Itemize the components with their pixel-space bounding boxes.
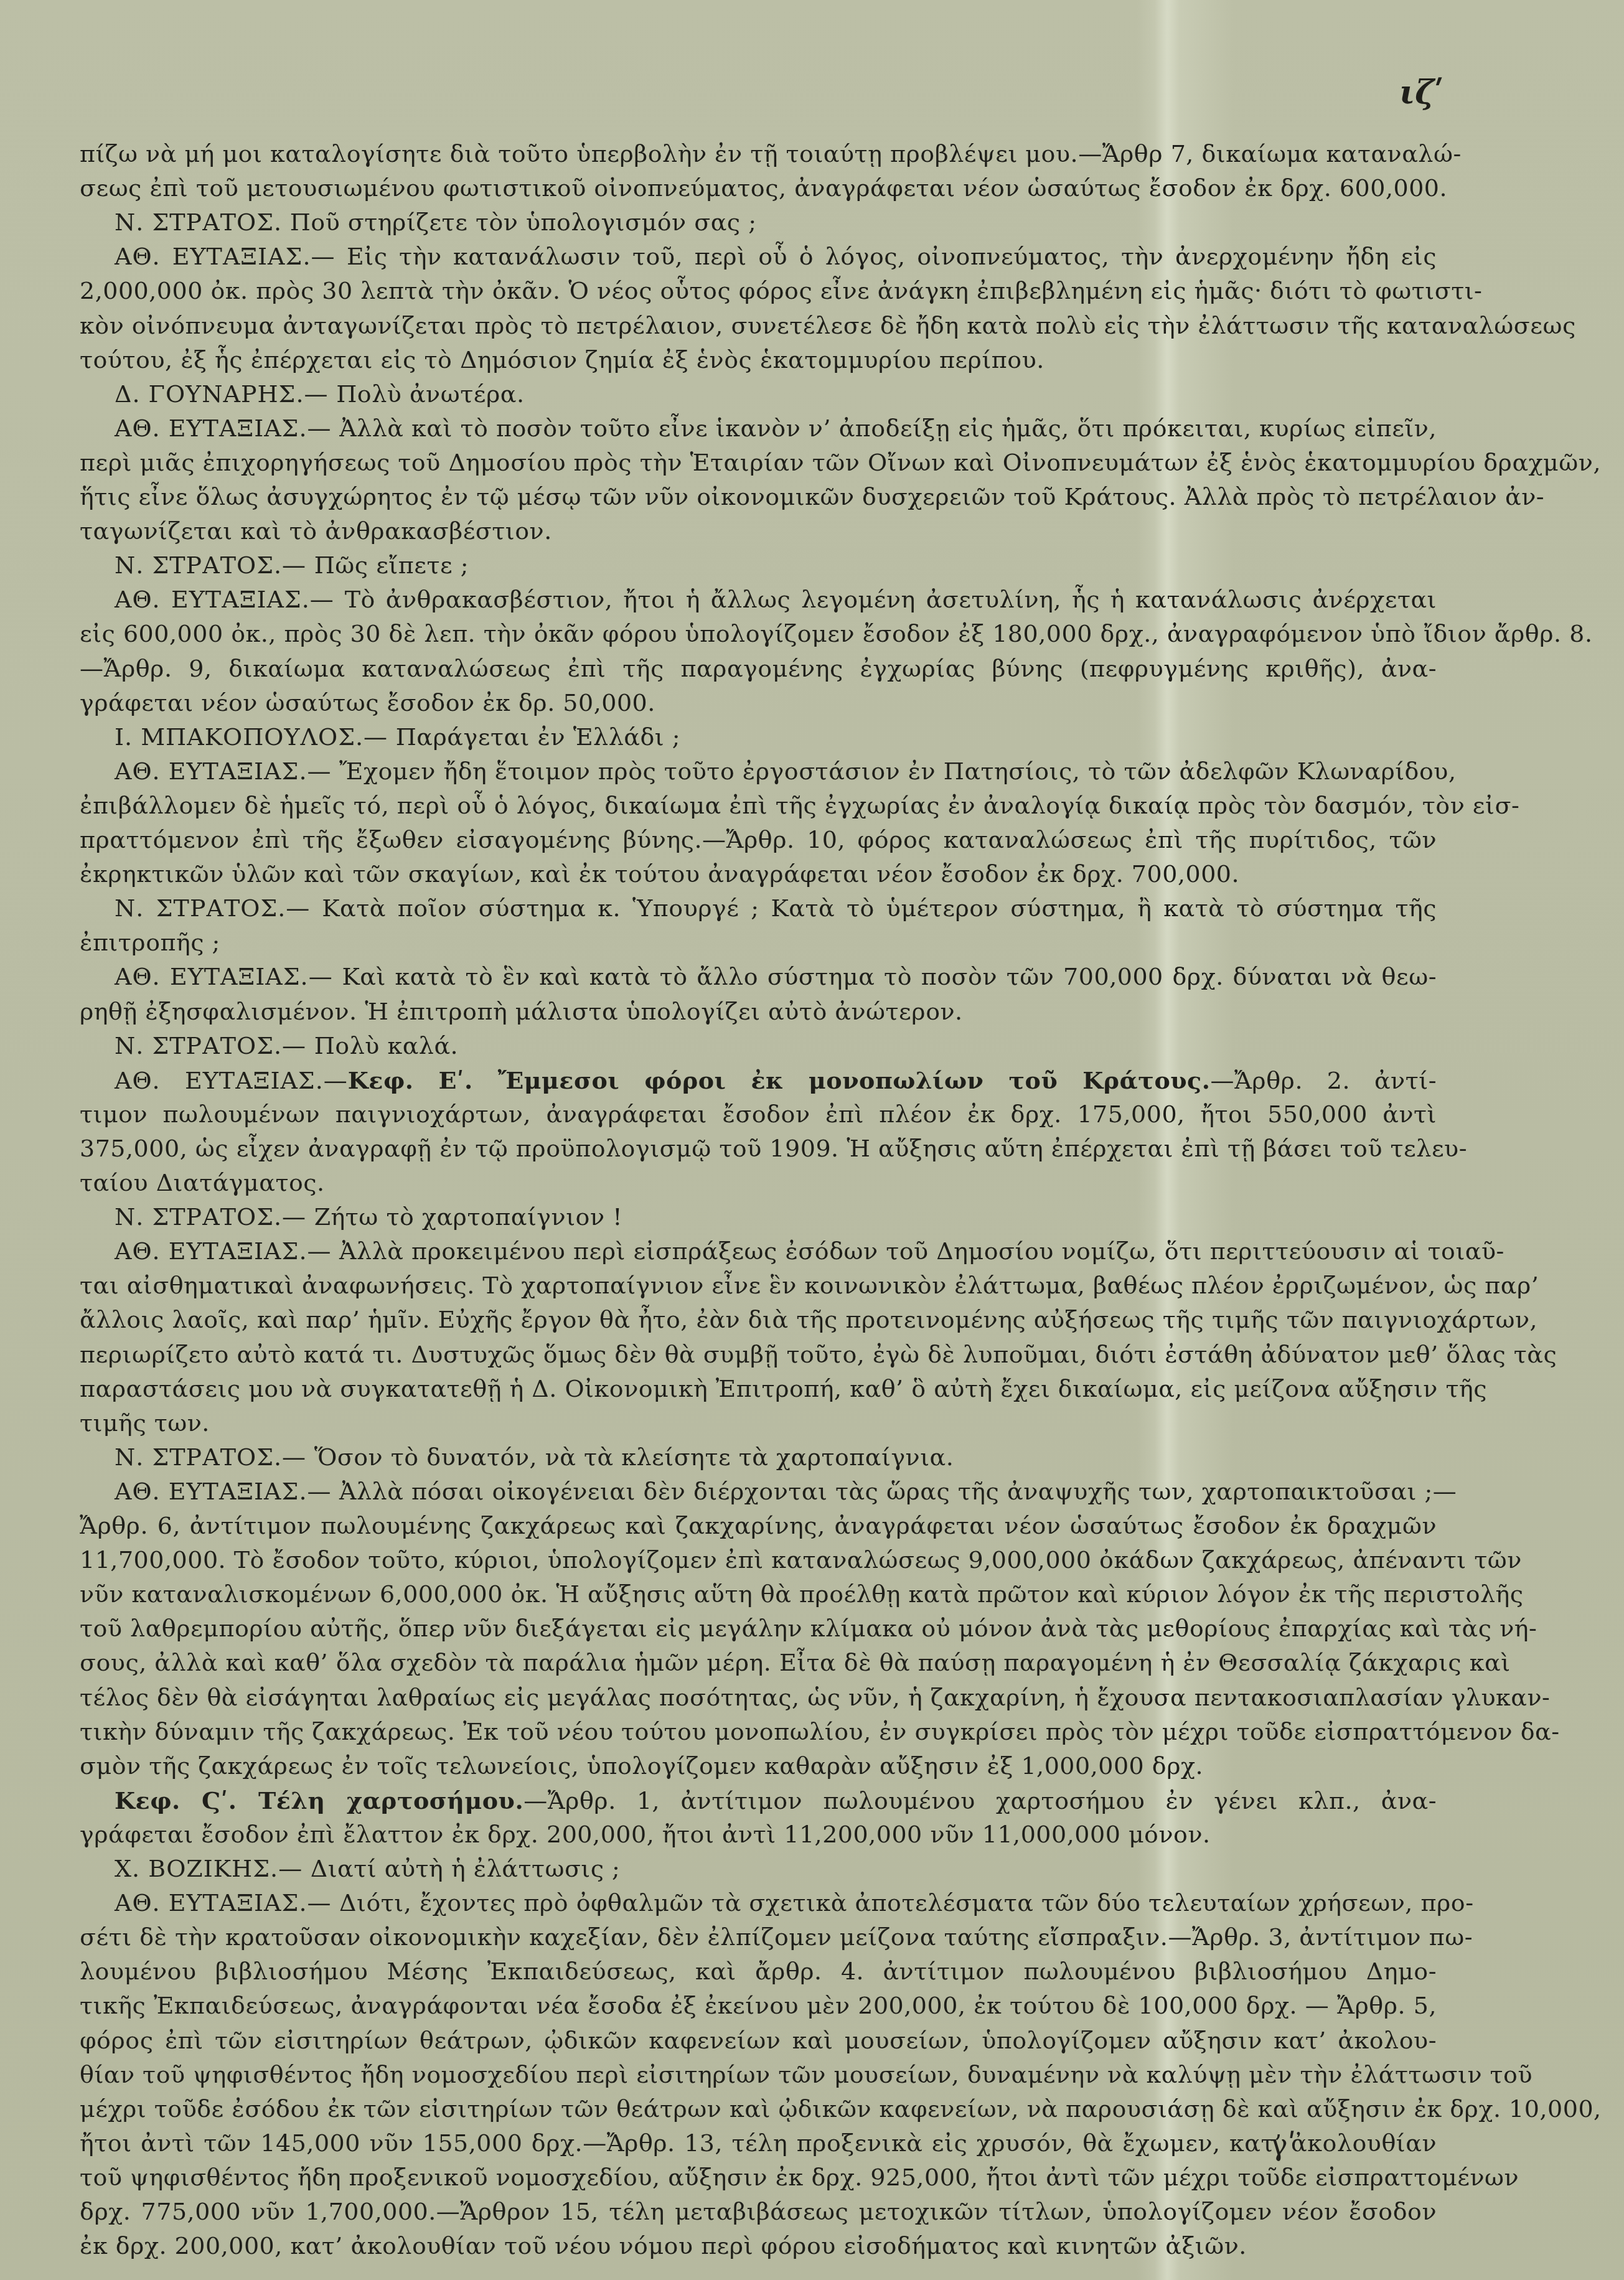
text-line: τιμῆς των. xyxy=(80,1406,1437,1440)
line-text: νῦν καταναλισκομένων 6,000,000 ὀκ. Ἡ αὔξ… xyxy=(80,1580,1524,1608)
text-line: σέτι δὲ τὴν κρατοῦσαν οἰκονομικὴν καχεξί… xyxy=(80,1920,1437,1954)
section-heading-line: Κεφ. Ϛʹ. Τέλη χαρτοσήμου.—Ἄρθρ. 1, ἀντίτ… xyxy=(80,1783,1437,1818)
text-line: 11,700,000. Τὸ ἔσοδον τοῦτο, κύριοι, ὑπο… xyxy=(80,1543,1437,1577)
speaker-line: Ν. ΣΤΡΑΤΟΣ. Ποῦ στηρίζετε τὸν ὑπολογισμό… xyxy=(80,205,1437,240)
line-text: θίαν τοῦ ψηφισθέντος ἤδη νομοσχεδίου περ… xyxy=(80,2061,1532,2088)
speaker-name: ΑΘ. ΕΥΤΑΞΙΑΣ.— xyxy=(115,243,336,270)
line-text: 375,000, ὡς εἶχεν ἀναγραφῇ ἐν τῷ προϋπολ… xyxy=(80,1135,1467,1162)
speaker-line: Ν. ΣΤΡΑΤΟΣ.— Πολὺ καλά. xyxy=(80,1029,1437,1063)
line-text: σέτι δὲ τὴν κρατοῦσαν οἰκονομικὴν καχεξί… xyxy=(80,1923,1473,1951)
text-line: ἐκρηκτικῶν ὑλῶν καὶ τῶν σκαγίων, καὶ ἐκ … xyxy=(80,857,1437,891)
speaker-name: Ν. ΣΤΡΑΤΟΣ. xyxy=(115,209,282,236)
speaker-line: ΑΘ. ΕΥΤΑΞΙΑΣ.— Διότι, ἔχοντες πρὸ ὀφθαλμ… xyxy=(80,1886,1437,1920)
speaker-name: Ν. ΣΤΡΑΤΟΣ.— xyxy=(115,551,306,579)
line-text: τοῦ ψηφισθέντος ἤδη προξενικοῦ νομοσχεδί… xyxy=(80,2164,1519,2191)
text-line: θίαν τοῦ ψηφισθέντος ἤδη νομοσχεδίου περ… xyxy=(80,2058,1437,2092)
text-line: ρηθῇ ἐξησφαλισμένον. Ἡ ἐπιτροπὴ μάλιστα … xyxy=(80,995,1437,1029)
text-line: πραττόμενον ἐπὶ τῆς ἔξωθεν εἰσαγομένης β… xyxy=(80,823,1437,857)
text-line: ἥτις εἶνε ὅλως ἀσυγχώρητος ἐν τῷ μέσῳ τῶ… xyxy=(80,480,1437,514)
line-text: Παράγεται ἐν Ἑλλάδι ; xyxy=(388,723,680,751)
text-line: πίζω νὰ μή μοι καταλογίσητε διὰ τοῦτο ὑπ… xyxy=(80,137,1437,171)
section-heading: Κεφ. Εʹ. Ἔμμεσοι φόροι ἐκ μονοπωλίων τοῦ… xyxy=(348,1066,1211,1094)
speaker-name: ΑΘ. ΕΥΤΑΞΙΑΣ.— xyxy=(115,758,332,785)
line-text: τοῦ λαθρεμπορίου αὐτῆς, ὅπερ νῦν διεξάγε… xyxy=(80,1615,1537,1642)
line-text: Κατὰ ποῖον σύστημα κ. Ὑπουργέ ; Κατὰ τὸ … xyxy=(310,894,1437,922)
text-line: λουμένου βιβλιοσήμου Μέσης Ἐκπαιδεύσεως,… xyxy=(80,1954,1437,1989)
text-line: ταίου Διατάγματος. xyxy=(80,1166,1437,1200)
text-line: σμὸν τῆς ζακχάρεως ἐν τοῖς τελωνείοις, ὑ… xyxy=(80,1749,1437,1783)
text-line: ἄλλοις λαοῖς, καὶ παρ’ ἡμῖν. Εὐχῆς ἔργον… xyxy=(80,1303,1437,1337)
text-line: ἐκ δρχ. 200,000, κατ’ ἀκολουθίαν τοῦ νέο… xyxy=(80,2229,1437,2263)
line-text: ἥτις εἶνε ὅλως ἀσυγχώρητος ἐν τῷ μέσῳ τῶ… xyxy=(80,483,1544,510)
line-text: 11,700,000. Τὸ ἔσοδον τοῦτο, κύριοι, ὑπο… xyxy=(80,1546,1522,1574)
line-text: Διατί αὐτὴ ἡ ἐλάττωσις ; xyxy=(303,1855,620,1882)
line-text: λουμένου βιβλιοσήμου Μέσης Ἐκπαιδεύσεως,… xyxy=(80,1958,1437,1985)
text-line: ἐπιτροπῆς ; xyxy=(80,926,1437,960)
text-line: σεως ἐπὶ τοῦ μετουσιωμένου φωτιστικοῦ οἰ… xyxy=(80,171,1437,205)
line-text: τέλος δὲν θὰ εἰσάγηται λαθραίως εἰς μεγά… xyxy=(80,1684,1550,1711)
line-text: τούτου, ἐξ ἧς ἐπέρχεται εἰς τὸ Δημόσιον … xyxy=(80,346,1044,373)
speaker-line: Ν. ΣΤΡΑΤΟΣ.— Κατὰ ποῖον σύστημα κ. Ὑπουρ… xyxy=(80,891,1437,926)
text-line: περιωρίζετο αὐτὸ κατά τι. Δυστυχῶς ὅμως … xyxy=(80,1338,1437,1372)
text-line: ται αἰσθηματικαὶ ἀναφωνήσεις. Τὸ χαρτοπα… xyxy=(80,1269,1437,1303)
text-line: τέλος δὲν θὰ εἰσάγηται λαθραίως εἰς μεγά… xyxy=(80,1681,1437,1715)
line-text: γράφεται ἔσοδον ἐπὶ ἔλαττον ἐκ δρχ. 200,… xyxy=(80,1821,1211,1848)
line-text: τιμον πωλουμένων παιγνιοχάρτων, ἀναγράφε… xyxy=(80,1100,1437,1128)
line-text: μέχρι τοῦδε ἐσόδου ἐκ τῶν εἰσιτηρίων τῶν… xyxy=(80,2095,1602,2123)
speaker-line: Χ. ΒΟΖΙΚΗΣ.— Διατί αὐτὴ ἡ ἐλάττωσις ; xyxy=(80,1852,1437,1886)
line-text: Εἰς τὴν κατανάλωσιν τοῦ, περὶ οὗ ὁ λόγος… xyxy=(336,243,1437,270)
page-number: ιζʹ xyxy=(1399,73,1444,111)
line-text: σεως ἐπὶ τοῦ μετουσιωμένου φωτιστικοῦ οἰ… xyxy=(80,174,1447,202)
text-line: γράφεται νέον ὡσαύτως ἔσοδον ἐκ δρ. 50,0… xyxy=(80,686,1437,720)
speaker-line: ΑΘ. ΕΥΤΑΞΙΑΣ.— Τὸ ἀνθρακασβέστιον, ἤτοι … xyxy=(80,583,1437,617)
text-line: τούτου, ἐξ ἧς ἐπέρχεται εἰς τὸ Δημόσιον … xyxy=(80,343,1437,377)
text-line: ταγωνίζεται καὶ τὸ ἀνθρακασβέστιον. xyxy=(80,514,1437,548)
text-line: τοῦ λαθρεμπορίου αὐτῆς, ὅπερ νῦν διεξάγε… xyxy=(80,1611,1437,1646)
text-line: εἰς 600,000 ὀκ., πρὸς 30 δὲ λεπ. τὴν ὀκᾶ… xyxy=(80,617,1437,651)
line-text: Ἀλλὰ πόσαι οἰκογένειαι δὲν διέρχονται τὰ… xyxy=(332,1478,1457,1505)
speaker-line: ΑΘ. ΕΥΤΑΞΙΑΣ.— Ἀλλὰ προκειμένου περὶ εἰσ… xyxy=(80,1234,1437,1269)
speaker-name: Χ. ΒΟΖΙΚΗΣ.— xyxy=(115,1855,303,1882)
text-line: φόρος ἐπὶ τῶν εἰσιτηρίων θεάτρων, ᾠδικῶν… xyxy=(80,2024,1437,2058)
line-text: εἰς 600,000 ὀκ., πρὸς 30 δὲ λεπ. τὴν ὀκᾶ… xyxy=(80,620,1592,647)
text-line: γράφεται ἔσοδον ἐπὶ ἔλαττον ἐκ δρχ. 200,… xyxy=(80,1818,1437,1852)
text-line: περὶ μιᾶς ἐπιχορηγήσεως τοῦ Δημοσίου πρὸ… xyxy=(80,446,1437,480)
line-text: κὸν οἰνόπνευμα ἀνταγωνίζεται πρὸς τὸ πετ… xyxy=(80,312,1576,339)
speaker-line: ΑΘ. ΕΥΤΑΞΙΑΣ.— Ἔχομεν ἤδη ἕτοιμον πρὸς τ… xyxy=(80,754,1437,789)
speaker-name: ΑΘ. ΕΥΤΑΞΙΑΣ.— xyxy=(115,963,333,990)
line-text: —Ἄρθρ. 9, δικαίωμα καταναλώσεως ἐπὶ τῆς … xyxy=(80,655,1437,682)
line-text: σμὸν τῆς ζακχάρεως ἐν τοῖς τελωνείοις, ὑ… xyxy=(80,1752,1203,1780)
line-text: παραστάσεις μου νὰ συγκατατεθῇ ἡ Δ. Οἰκο… xyxy=(80,1375,1487,1402)
section-heading: Κεφ. Ϛʹ. Τέλη χαρτοσήμου. xyxy=(115,1786,523,1814)
line-text: Τὸ ἀνθρακασβέστιον, ἤτοι ἡ ἄλλως λεγομέν… xyxy=(334,586,1437,613)
line-text: Πολὺ καλά. xyxy=(306,1032,458,1059)
line-text: Καὶ κατὰ τὸ ἓν καὶ κατὰ τὸ ἄλλο σύστημα … xyxy=(333,963,1437,990)
line-text: Ἀλλὰ καὶ τὸ ποσὸν τοῦτο εἶνε ἱκανὸν ν’ ἀ… xyxy=(332,415,1437,442)
speaker-name: ΑΘ. ΕΥΤΑΞΙΑΣ.— xyxy=(115,1067,348,1094)
line-text: Διότι, ἔχοντες πρὸ ὀφθαλμῶν τὰ σχετικὰ ἀ… xyxy=(332,1889,1474,1916)
text-line: σους, ἀλλὰ καὶ καθ’ ὅλα σχεδὸν τὰ παράλι… xyxy=(80,1646,1437,1680)
line-text: Πῶς εἴπετε ; xyxy=(306,551,469,579)
line-text: ἄλλοις λαοῖς, καὶ παρ’ ἡμῖν. Εὐχῆς ἔργον… xyxy=(80,1306,1537,1333)
line-text: πίζω νὰ μή μοι καταλογίσητε διὰ τοῦτο ὑπ… xyxy=(80,140,1462,167)
text-line: τοῦ ψηφισθέντος ἤδη προξενικοῦ νομοσχεδί… xyxy=(80,2160,1437,2195)
speaker-name: Ν. ΣΤΡΑΤΟΣ.— xyxy=(115,1203,306,1231)
speaker-name: Ν. ΣΤΡΑΤΟΣ.— xyxy=(115,894,310,922)
line-text: ἐκ δρχ. 200,000, κατ’ ἀκολουθίαν τοῦ νέο… xyxy=(80,2232,1247,2259)
line-text: Ἄρθρ. 6, ἀντίτιμον πωλουμένης ζακχάρεως … xyxy=(80,1512,1437,1539)
speaker-line: ΑΘ. ΕΥΤΑΞΙΑΣ.— Ἀλλὰ πόσαι οἰκογένειαι δὲ… xyxy=(80,1475,1437,1509)
text-line: κὸν οἰνόπνευμα ἀνταγωνίζεται πρὸς τὸ πετ… xyxy=(80,309,1437,343)
text-line: —Ἄρθρ. 9, δικαίωμα καταναλώσεως ἐπὶ τῆς … xyxy=(80,652,1437,686)
speaker-line: Ν. ΣΤΡΑΤΟΣ.— Ζήτω τὸ χαρτοπαίγνιον ! xyxy=(80,1200,1437,1234)
line-text: Πολὺ ἀνωτέρα. xyxy=(329,380,525,408)
line-text: σους, ἀλλὰ καὶ καθ’ ὅλα σχεδὸν τὰ παράλι… xyxy=(80,1649,1511,1676)
text-line: τιμον πωλουμένων παιγνιοχάρτων, ἀναγράφε… xyxy=(80,1097,1437,1132)
line-text: πραττόμενον ἐπὶ τῆς ἔξωθεν εἰσαγομένης β… xyxy=(80,826,1437,853)
line-text: περιωρίζετο αὐτὸ κατά τι. Δυστυχῶς ὅμως … xyxy=(80,1341,1557,1368)
speaker-name: Ν. ΣΤΡΑΤΟΣ.— xyxy=(115,1032,306,1059)
line-text: —Ἄρθρ. 2. ἀντί- xyxy=(1210,1067,1437,1094)
line-text: 2,000,000 ὀκ. πρὸς 30 λεπτὰ τὴν ὀκᾶν. Ὁ … xyxy=(80,277,1482,304)
text-line: παραστάσεις μου νὰ συγκατατεθῇ ἡ Δ. Οἰκο… xyxy=(80,1372,1437,1406)
text-line: Ἄρθρ. 6, ἀντίτιμον πωλουμένης ζακχάρεως … xyxy=(80,1509,1437,1543)
text-line: νῦν καταναλισκομένων 6,000,000 ὀκ. Ἡ αὔξ… xyxy=(80,1577,1437,1611)
speaker-line: ΑΘ. ΕΥΤΑΞΙΑΣ.— Καὶ κατὰ τὸ ἓν καὶ κατὰ τ… xyxy=(80,960,1437,994)
line-text: ἐκρηκτικῶν ὑλῶν καὶ τῶν σκαγίων, καὶ ἐκ … xyxy=(80,860,1239,888)
text-line: ἤτοι ἀντὶ τῶν 145,000 νῦν 155,000 δρχ.—Ἄ… xyxy=(80,2126,1437,2160)
speaker-name: ΑΘ. ΕΥΤΑΞΙΑΣ.— xyxy=(115,586,334,613)
speaker-name: ΑΘ. ΕΥΤΑΞΙΑΣ.— xyxy=(115,1237,332,1265)
line-text: Ἔχομεν ἤδη ἕτοιμον πρὸς τοῦτο ἐργοστάσιο… xyxy=(332,758,1457,785)
speaker-line: ΑΘ. ΕΥΤΑΞΙΑΣ.—Κεφ. Εʹ. Ἔμμεσοι φόροι ἐκ … xyxy=(80,1063,1437,1097)
line-text: ἐπιτροπῆς ; xyxy=(80,929,220,956)
speaker-name: ΑΘ. ΕΥΤΑΞΙΑΣ.— xyxy=(115,415,332,442)
text-line: δρχ. 775,000 νῦν 1,700,000.—Ἄρθρον 15, τ… xyxy=(80,2195,1437,2229)
text-line: 375,000, ὡς εἶχεν ἀναγραφῇ ἐν τῷ προϋπολ… xyxy=(80,1132,1437,1166)
speaker-line: Ν. ΣΤΡΑΤΟΣ.— Πῶς εἴπετε ; xyxy=(80,548,1437,583)
line-text: ἤτοι ἀντὶ τῶν 145,000 νῦν 155,000 δρχ.—Ἄ… xyxy=(80,2129,1437,2157)
line-text: δρχ. 775,000 νῦν 1,700,000.—Ἄρθρον 15, τ… xyxy=(80,2198,1437,2225)
speaker-name: Δ. ΓΟΥΝΑΡΗΣ.— xyxy=(115,380,329,408)
line-text: ἐπιβάλλομεν δὲ ἡμεῖς τό, περὶ οὗ ὁ λόγος… xyxy=(80,792,1519,819)
line-text: ταγωνίζεται καὶ τὸ ἀνθρακασβέστιον. xyxy=(80,517,552,545)
line-text: ρηθῇ ἐξησφαλισμένον. Ἡ ἐπιτροπὴ μάλιστα … xyxy=(80,998,963,1025)
speaker-line: ΑΘ. ΕΥΤΑΞΙΑΣ.— Εἰς τὴν κατανάλωσιν τοῦ, … xyxy=(80,240,1437,274)
line-text: Ποῦ στηρίζετε τὸν ὑπολογισμόν σας ; xyxy=(282,209,756,236)
speaker-name: ΑΘ. ΕΥΤΑΞΙΑΣ.— xyxy=(115,1478,332,1505)
line-text: Ὅσον τὸ δυνατόν, νὰ τὰ κλείσητε τὰ χαρτο… xyxy=(306,1443,954,1471)
line-text: φόρος ἐπὶ τῶν εἰσιτηρίων θεάτρων, ᾠδικῶν… xyxy=(80,2027,1437,2054)
text-line: τικὴν δύναμιν τῆς ζακχάρεως. Ἐκ τοῦ νέου… xyxy=(80,1715,1437,1749)
line-text: ται αἰσθηματικαὶ ἀναφωνήσεις. Τὸ χαρτοπα… xyxy=(80,1272,1539,1299)
text-line: τικῆς Ἐκπαιδεύσεως, ἀναγράφονται νέα ἔσο… xyxy=(80,1989,1437,2023)
text-line: μέχρι τοῦδε ἐσόδου ἐκ τῶν εἰσιτηρίων τῶν… xyxy=(80,2092,1437,2126)
line-text: τικὴν δύναμιν τῆς ζακχάρεως. Ἐκ τοῦ νέου… xyxy=(80,1718,1560,1745)
speaker-line: ΑΘ. ΕΥΤΑΞΙΑΣ.— Ἀλλὰ καὶ τὸ ποσὸν τοῦτο ε… xyxy=(80,411,1437,446)
line-text: περὶ μιᾶς ἐπιχορηγήσεως τοῦ Δημοσίου πρὸ… xyxy=(80,449,1601,476)
line-text: —Ἄρθρ. 1, ἀντίτιμον πωλουμένου χαρτοσήμο… xyxy=(523,1787,1437,1814)
signature-mark: γʹ xyxy=(1270,2128,1296,2162)
line-text: Ἀλλὰ προκειμένου περὶ εἰσπράξεως ἐσόδων … xyxy=(332,1237,1504,1265)
text-line: ἐπιβάλλομεν δὲ ἡμεῖς τό, περὶ οὗ ὁ λόγος… xyxy=(80,789,1437,823)
speaker-line: Δ. ΓΟΥΝΑΡΗΣ.— Πολὺ ἀνωτέρα. xyxy=(80,377,1437,411)
speaker-line: Ν. ΣΤΡΑΤΟΣ.— Ὅσον τὸ δυνατόν, νὰ τὰ κλεί… xyxy=(80,1440,1437,1475)
speaker-line: Ι. ΜΠΑΚΟΠΟΥΛΟΣ.— Παράγεται ἐν Ἑλλάδι ; xyxy=(80,720,1437,754)
speaker-name: Ι. ΜΠΑΚΟΠΟΥΛΟΣ.— xyxy=(115,723,388,751)
speaker-name: Ν. ΣΤΡΑΤΟΣ.— xyxy=(115,1443,306,1471)
speaker-name: ΑΘ. ΕΥΤΑΞΙΑΣ.— xyxy=(115,1889,332,1916)
line-text: γράφεται νέον ὡσαύτως ἔσοδον ἐκ δρ. 50,0… xyxy=(80,689,655,716)
text-line: 2,000,000 ὀκ. πρὸς 30 λεπτὰ τὴν ὀκᾶν. Ὁ … xyxy=(80,274,1437,308)
line-text: ταίου Διατάγματος. xyxy=(80,1169,325,1196)
line-text: Ζήτω τὸ χαρτοπαίγνιον ! xyxy=(306,1203,622,1231)
line-text: τικῆς Ἐκπαιδεύσεως, ἀναγράφονται νέα ἔσο… xyxy=(80,1992,1437,2019)
line-text: τιμῆς των. xyxy=(80,1409,210,1437)
